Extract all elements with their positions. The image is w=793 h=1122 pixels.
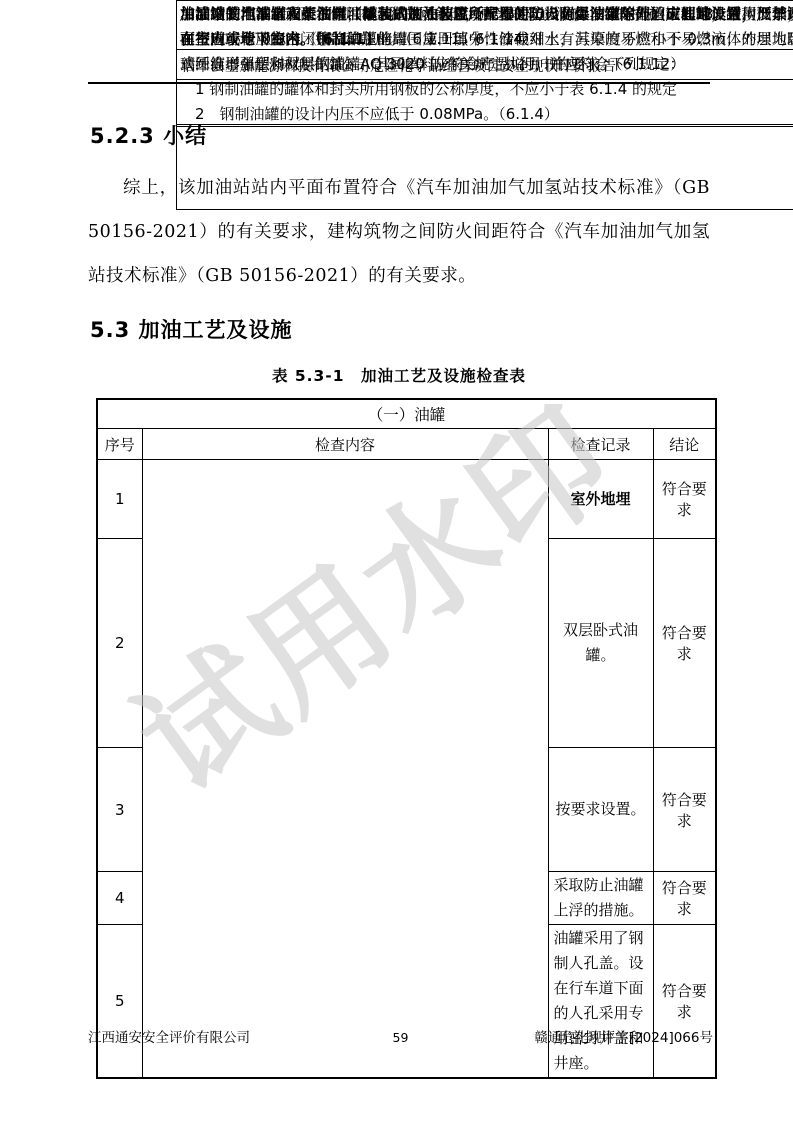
table-row: 4当油罐受地下水或雨水作用有上浮的可能时，应采取防止油罐上浮的措施(6.1.13… <box>97 872 716 925</box>
footer-company-name: 江西通安安全评价有限公司 <box>88 1026 393 1046</box>
document-page: 试用水印 信丰县壹加能源科技有限公司危险化学品经营项目安全现状评价报告 5.2.… <box>0 0 793 1122</box>
column-header-record: 检查记录 <box>548 429 653 460</box>
check-record-cell: 双层卧式油罐。 <box>548 539 653 748</box>
conclusion-cell: 符合要求 <box>653 748 716 872</box>
section-heading-53: 5.3 加油工艺及设施 <box>90 314 710 344</box>
conclusion-cell: 符合要求 <box>653 925 716 1079</box>
column-header-no: 序号 <box>97 429 142 460</box>
table-row: 5油罐应采用钢制人孔盖。埋地油罐的人孔应设操作井。设在行车道下面的人孔井应采用加… <box>97 925 716 1079</box>
row-number-cell: 3 <box>97 748 142 872</box>
page-number: 59 <box>393 1030 409 1045</box>
running-footer: 江西通安安全评价有限公司 59 赣通危化现评字[2024]066号 <box>88 1026 713 1046</box>
table-group-header: （一）油罐 <box>97 399 716 429</box>
table-row: 2单层钢制油罐、双层钢制油罐和内钢外玻璃纤维增强塑料双层油罐的内层罐的罐体结构设… <box>97 539 716 748</box>
check-record-cell: 油罐采用了钢制人孔盖。设在行车道下面的人孔采用专用密封井盖和井座。 <box>548 925 653 1079</box>
inspection-table-body: 1加油站的汽油罐和柴油罐（橇装式加油装置所配置的防火防爆油罐除外）应埋地设置，严… <box>97 460 716 1079</box>
conclusion-cell: 符合要求 <box>653 460 716 539</box>
row-number-cell: 5 <box>97 925 142 1079</box>
conclusion-cell: 符合要求 <box>653 539 716 748</box>
check-record-cell: 采取防止油罐上浮的措施。 <box>548 872 653 925</box>
column-header-conclusion: 结论 <box>653 429 716 460</box>
table-row: 1加油站的汽油罐和柴油罐（橇装式加油装置所配置的防火防爆油罐除外）应埋地设置，严… <box>97 460 716 539</box>
row-number-cell: 1 <box>97 460 142 539</box>
table-column-header-row: 序号 检查内容 检查记录 结论 <box>97 429 716 460</box>
footer-document-number: 赣通危化现评字[2024]066号 <box>408 1026 713 1046</box>
row-number-cell: 4 <box>97 872 142 925</box>
row-number-cell: 2 <box>97 539 142 748</box>
page-content: 信丰县壹加能源科技有限公司危险化学品经营项目安全现状评价报告 5.2.3 小结 … <box>88 0 710 1079</box>
table-group-header-row: （一）油罐 <box>97 399 716 429</box>
check-record-cell: 按要求设置。 <box>548 748 653 872</box>
table-caption: 表 5.3-1 加油工艺及设施检查表 <box>88 364 710 386</box>
conclusion-cell: 符合要求 <box>653 872 716 925</box>
check-record-cell: 室外地埋 <box>548 460 653 539</box>
check-content-cell: 油罐应采用钢制人孔盖。埋地油罐的人孔应设操作井。设在行车道下面的人孔井应采用加油… <box>176 0 793 127</box>
column-header-content: 检查内容 <box>142 429 548 460</box>
table-row: 3油罐设在非车行道下面时，罐顶的覆土厚度不应小于 0.5m；设在车行道下面时，罐… <box>97 748 716 872</box>
inspection-table: （一）油罐 序号 检查内容 检查记录 结论 1加油站的汽油罐和柴油罐（橇装式加油… <box>96 398 717 1079</box>
